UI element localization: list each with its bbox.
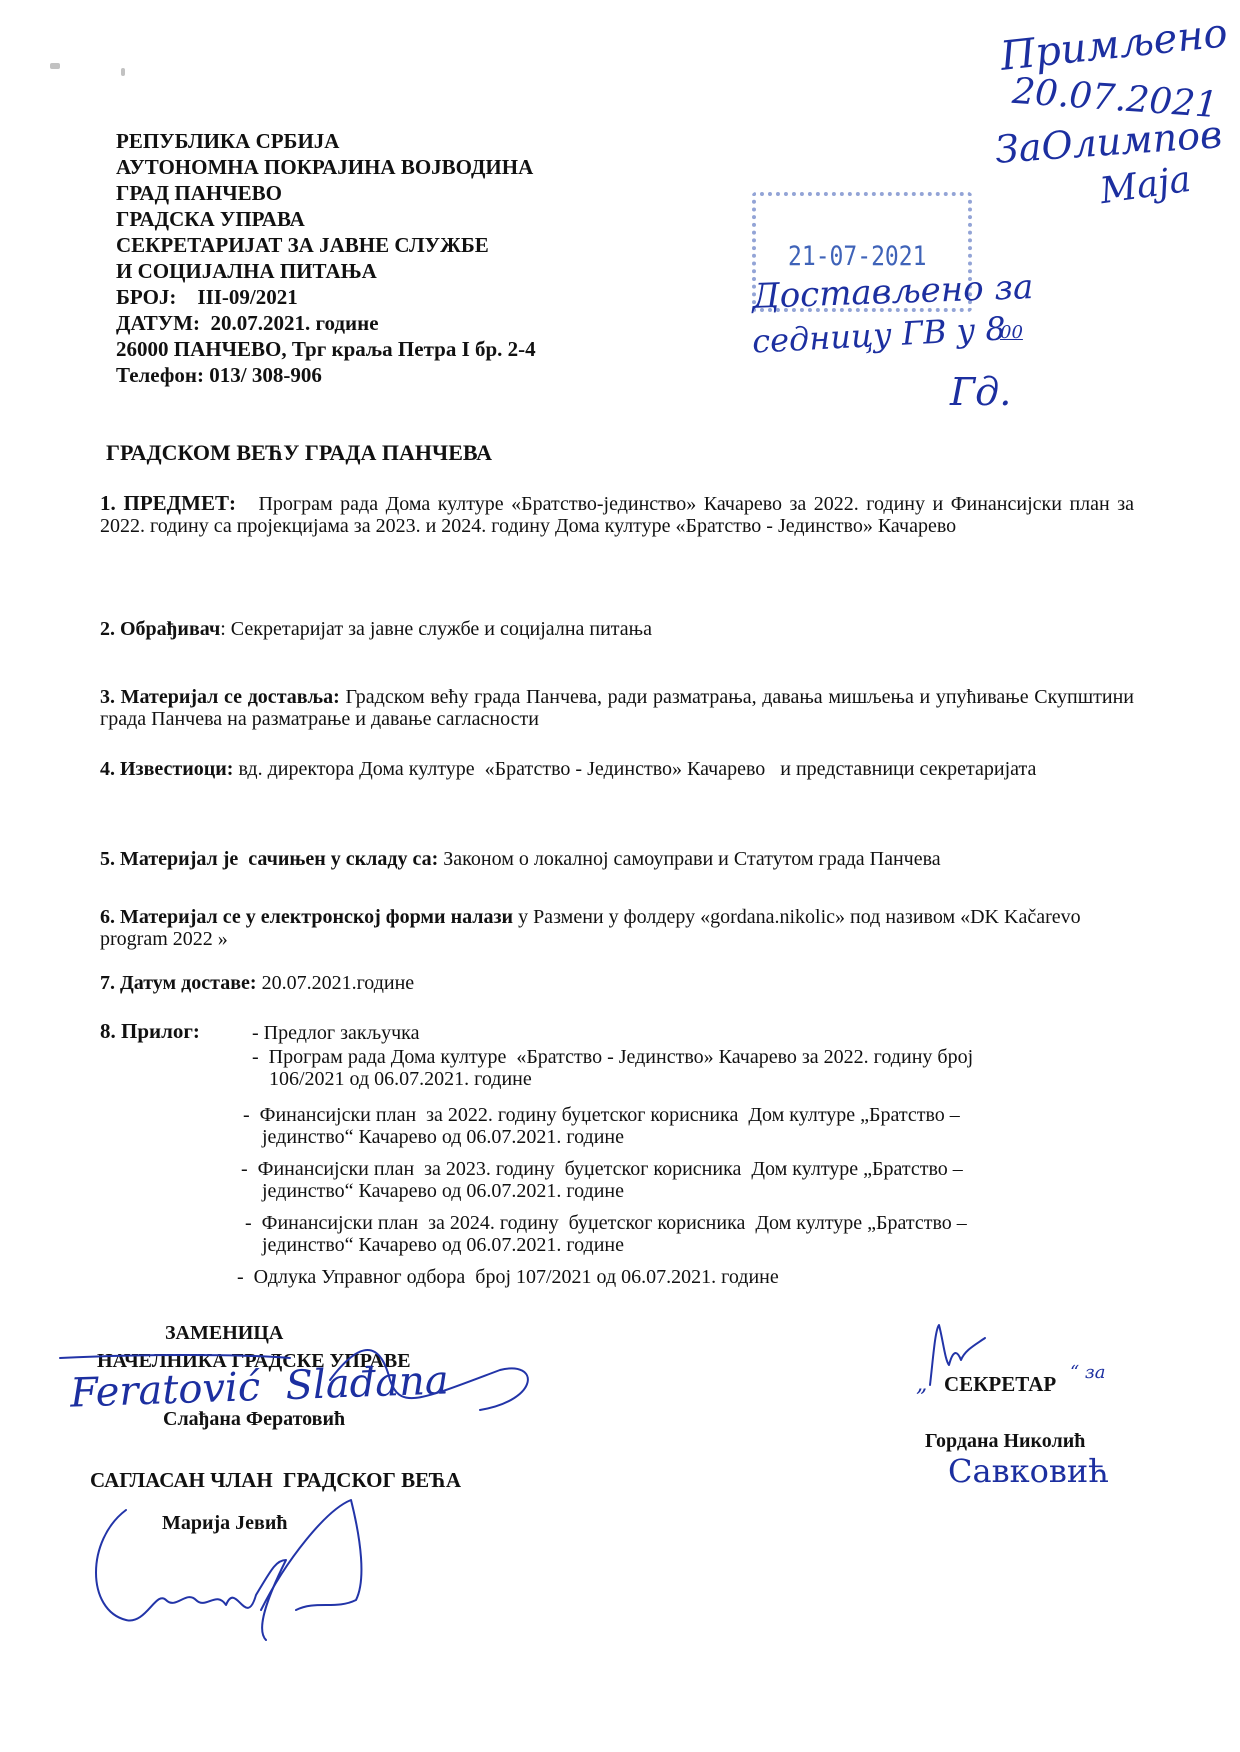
header-line-phone: Телефон: 013/ 308-906: [116, 362, 536, 388]
item-author-text: : Секретаријат за јавне службе и социјал…: [220, 618, 652, 640]
item-legal-basis-label: 5. Материјал је сачињен у складу са:: [100, 848, 438, 870]
attachments-label: 8. Прилог:: [100, 1020, 200, 1042]
secretary-title: СЕКРЕТАР: [944, 1372, 1056, 1397]
scan-smudge: [121, 68, 125, 76]
attachment-text-cont: јединство“ Качарево од 06.07.2021. годин…: [243, 1126, 960, 1148]
attachment-text: - Предлог закључка: [252, 1022, 419, 1044]
item-delivery-date-label: 7. Датум доставе:: [100, 972, 257, 994]
item-delivered-to-label: 3. Материјал се доставља:: [100, 686, 340, 708]
council-member-signature: [86, 1500, 386, 1640]
item-subject-text: Програм рада Дома културе «Братство-једи…: [100, 493, 1134, 537]
document-header: РЕПУБЛИКА СРБИЈА АУТОНОМНА ПОКРАЈИНА ВОЈ…: [116, 128, 536, 388]
secretary-name: Гордана Николић: [925, 1430, 1085, 1453]
item-legal-basis-text: Законом о локалној самоуправи и Статутом…: [443, 848, 940, 870]
stamp-time-superscript: 00: [1000, 322, 1023, 343]
handwritten-line: Примљено: [998, 10, 1229, 80]
item-rapporteurs-label: 4. Известиоци:: [100, 758, 233, 780]
item-rapporteurs: 4. Известиоци: вд. директора Дома култур…: [100, 758, 1134, 780]
stamp-date: 21-07-2021: [788, 242, 926, 272]
header-line-address: 26000 ПАНЧЕВО, Трг краља Петра I бр. 2-4: [116, 336, 536, 362]
deputy-name: Слађана Фератовић: [163, 1408, 345, 1431]
attachment-text-cont: 106/2021 од 06.07.2021. године: [252, 1068, 973, 1090]
attachment-item: - Програм рада Дома културе «Братство - …: [252, 1046, 973, 1090]
header-line-province: АУТОНОМНА ПОКРАЈИНА ВОЈВОДИНА: [116, 154, 536, 180]
header-line-administration: ГРАДСКА УПРАВА: [116, 206, 536, 232]
addressee: ГРАДСКОМ ВЕЋУ ГРАДА ПАНЧЕВА: [106, 440, 492, 466]
attachment-text: - Финансијски план за 2022. годину буџет…: [243, 1104, 960, 1126]
stamp-handwritten-line-2: седницу ГВ у 8: [751, 309, 1007, 360]
scan-smudge: [50, 63, 60, 69]
council-member-title: САГЛАСАН ЧЛАН ГРАДСКОГ ВЕЋА: [90, 1468, 461, 1493]
stamp-handwritten-initials: Гд.: [950, 370, 1011, 414]
item-electronic-form-label: 6. Материјал се у електронској форми нал…: [100, 906, 513, 928]
item-delivery-date-text: 20.07.2021.године: [262, 972, 415, 994]
attachment-text: - Финансијски план за 2024. годину буџет…: [245, 1212, 967, 1234]
secretary-prefix-mark: „: [916, 1372, 927, 1397]
header-line-city: ГРАД ПАНЧЕВО: [116, 180, 536, 206]
item-electronic-form: 6. Материјал се у електронској форми нал…: [100, 906, 1140, 950]
item-author-label: 2. Обрађивач: [100, 618, 220, 640]
attachment-text: - Одлука Управног одбора број 107/2021 о…: [237, 1266, 779, 1288]
header-line-secretariat-2: И СОЦИЈАЛНА ПИТАЊА: [116, 258, 536, 284]
handwritten-line: Маја: [1098, 159, 1194, 212]
item-delivery-date: 7. Датум доставе: 20.07.2021.године: [100, 972, 414, 994]
handwritten-line: ЗаОлимпов: [994, 112, 1224, 172]
secretary-suffix-mark: “ за: [1070, 1362, 1105, 1383]
secretary-handwritten-name: Савковић: [948, 1452, 1109, 1490]
attachment-text-cont: јединство“ Качарево од 06.07.2021. годин…: [245, 1234, 967, 1256]
attachment-text: - Програм рада Дома културе «Братство - …: [252, 1046, 973, 1068]
attachment-text-cont: јединство“ Качарево од 06.07.2021. годин…: [241, 1180, 963, 1202]
attachment-item: - Финансијски план за 2023. годину буџет…: [241, 1158, 963, 1202]
item-subject: 1. ПРЕДМЕТ: Програм рада Дома културе «Б…: [100, 492, 1134, 537]
attachment-item: - Предлог закључка: [252, 1022, 419, 1044]
attachment-item: - Одлука Управног одбора број 107/2021 о…: [237, 1266, 779, 1288]
attachment-text: - Финансијски план за 2023. годину буџет…: [241, 1158, 963, 1180]
item-delivered-to: 3. Материјал се доставља: Градском већу …: [100, 686, 1134, 730]
attachment-item: - Финансијски план за 2022. годину буџет…: [243, 1104, 960, 1148]
item-subject-label: 1. ПРЕДМЕТ:: [100, 491, 236, 515]
header-line-number: БРОЈ: III-09/2021: [116, 284, 536, 310]
header-line-republic: РЕПУБЛИКА СРБИЈА: [116, 128, 536, 154]
header-line-secretariat: СЕКРЕТАРИЈАТ ЗА ЈАВНЕ СЛУЖБЕ: [116, 232, 536, 258]
item-legal-basis: 5. Материјал је сачињен у складу са: Зак…: [100, 848, 1160, 870]
header-line-date: ДАТУМ: 20.07.2021. године: [116, 310, 536, 336]
item-author: 2. Обрађивач: Секретаријат за јавне служ…: [100, 618, 1134, 640]
attachment-item: - Финансијски план за 2024. годину буџет…: [245, 1212, 967, 1256]
item-rapporteurs-text: вд. директора Дома културе «Братство - Ј…: [238, 758, 1036, 780]
